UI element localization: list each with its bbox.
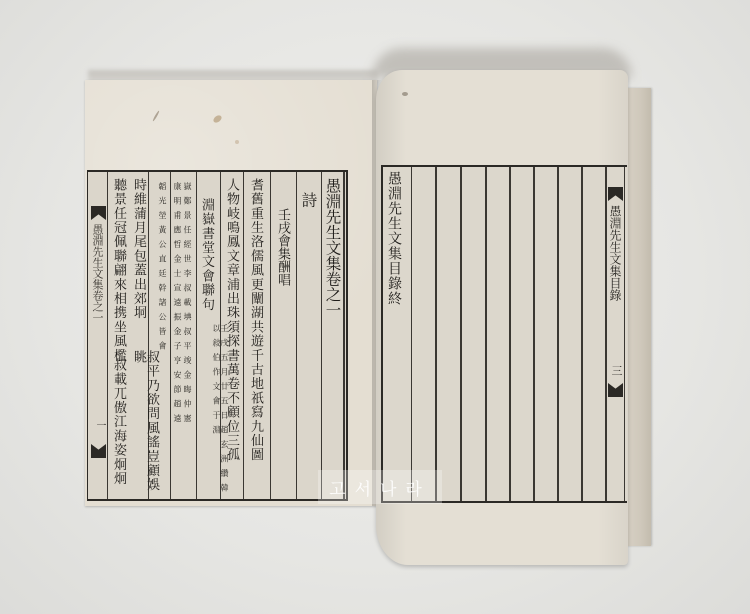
text-column: 聽景任冠佩聯翩來相携坐風檻	[112, 178, 125, 363]
annotation-column: 康明甫應哲金士宣遠振金子亨安節趙遠	[173, 182, 181, 429]
column-rule	[485, 167, 487, 501]
text-column: 耆舊重生洛儒風更闡湖共遊千古地祇寫九仙圖	[249, 178, 262, 462]
fishtail-mark-bottom	[608, 383, 623, 397]
column-rule	[581, 167, 583, 501]
paper-stain	[212, 114, 223, 124]
paper-stain	[235, 140, 239, 144]
column-rule	[605, 167, 607, 501]
left-printed-frame: 愚淵先生文集卷之一 一 愚淵先生文集卷之一 詩 壬戌會集酬唱 耆舊重生洛儒風更闡…	[87, 170, 348, 501]
text-column-heading: 淵嶽書堂文會聯句	[200, 198, 213, 312]
column-rule	[533, 167, 535, 501]
text-column: 叔平乃欲問風謠豈顧娛眺	[132, 350, 158, 499]
column-rule	[296, 172, 297, 499]
column-rule	[170, 172, 171, 499]
section-label: 詩	[300, 192, 316, 208]
page-stack-edge	[626, 88, 651, 546]
watermark: 고서나라	[318, 470, 442, 504]
column-rule	[411, 167, 412, 501]
column-rule	[321, 172, 322, 499]
poem-heading: 壬戌會集酬唱	[276, 208, 289, 286]
right-printed-frame: 愚淵先生文集目錄終 愚淵先生文集目錄 三	[381, 165, 627, 503]
annotation-column: 嶽鄭景任經世李叔載㙉叔平竣金晦仲憲	[183, 182, 191, 429]
paper-mark	[402, 92, 408, 96]
column-rule	[196, 172, 197, 499]
table-of-contents-end: 愚淵先生文集目錄終	[387, 171, 401, 306]
column-rule	[435, 167, 437, 501]
fishtail-mark-top	[608, 187, 623, 201]
fishtail-mark-top	[91, 206, 106, 220]
column-rule	[107, 172, 108, 499]
column-rule	[624, 167, 625, 501]
column-rule	[343, 172, 345, 499]
column-rule	[460, 167, 462, 501]
column-rule	[270, 172, 271, 499]
volume-title: 愚淵先生文集卷之一	[324, 178, 340, 488]
annotation-column: 壬戌五月廿五日趙玄洲纘韓以敍伯作文會于淵	[212, 324, 228, 499]
page-number: 一	[94, 420, 104, 430]
column-rule	[243, 172, 244, 499]
page-number: 三	[611, 365, 622, 376]
margin-label: 愚淵先生文集卷之一	[92, 224, 103, 404]
text-column: 叔載兀傲江海姿炯炯	[112, 358, 125, 486]
fishtail-mark-bottom	[91, 444, 106, 458]
margin-label: 愚淵先生文集目錄	[609, 205, 621, 301]
column-rule	[557, 167, 559, 501]
column-rule	[509, 167, 511, 501]
annotation-column: 韜光塋黃公直廷幹諸公皆會	[158, 182, 166, 356]
paper-mark	[152, 110, 160, 121]
